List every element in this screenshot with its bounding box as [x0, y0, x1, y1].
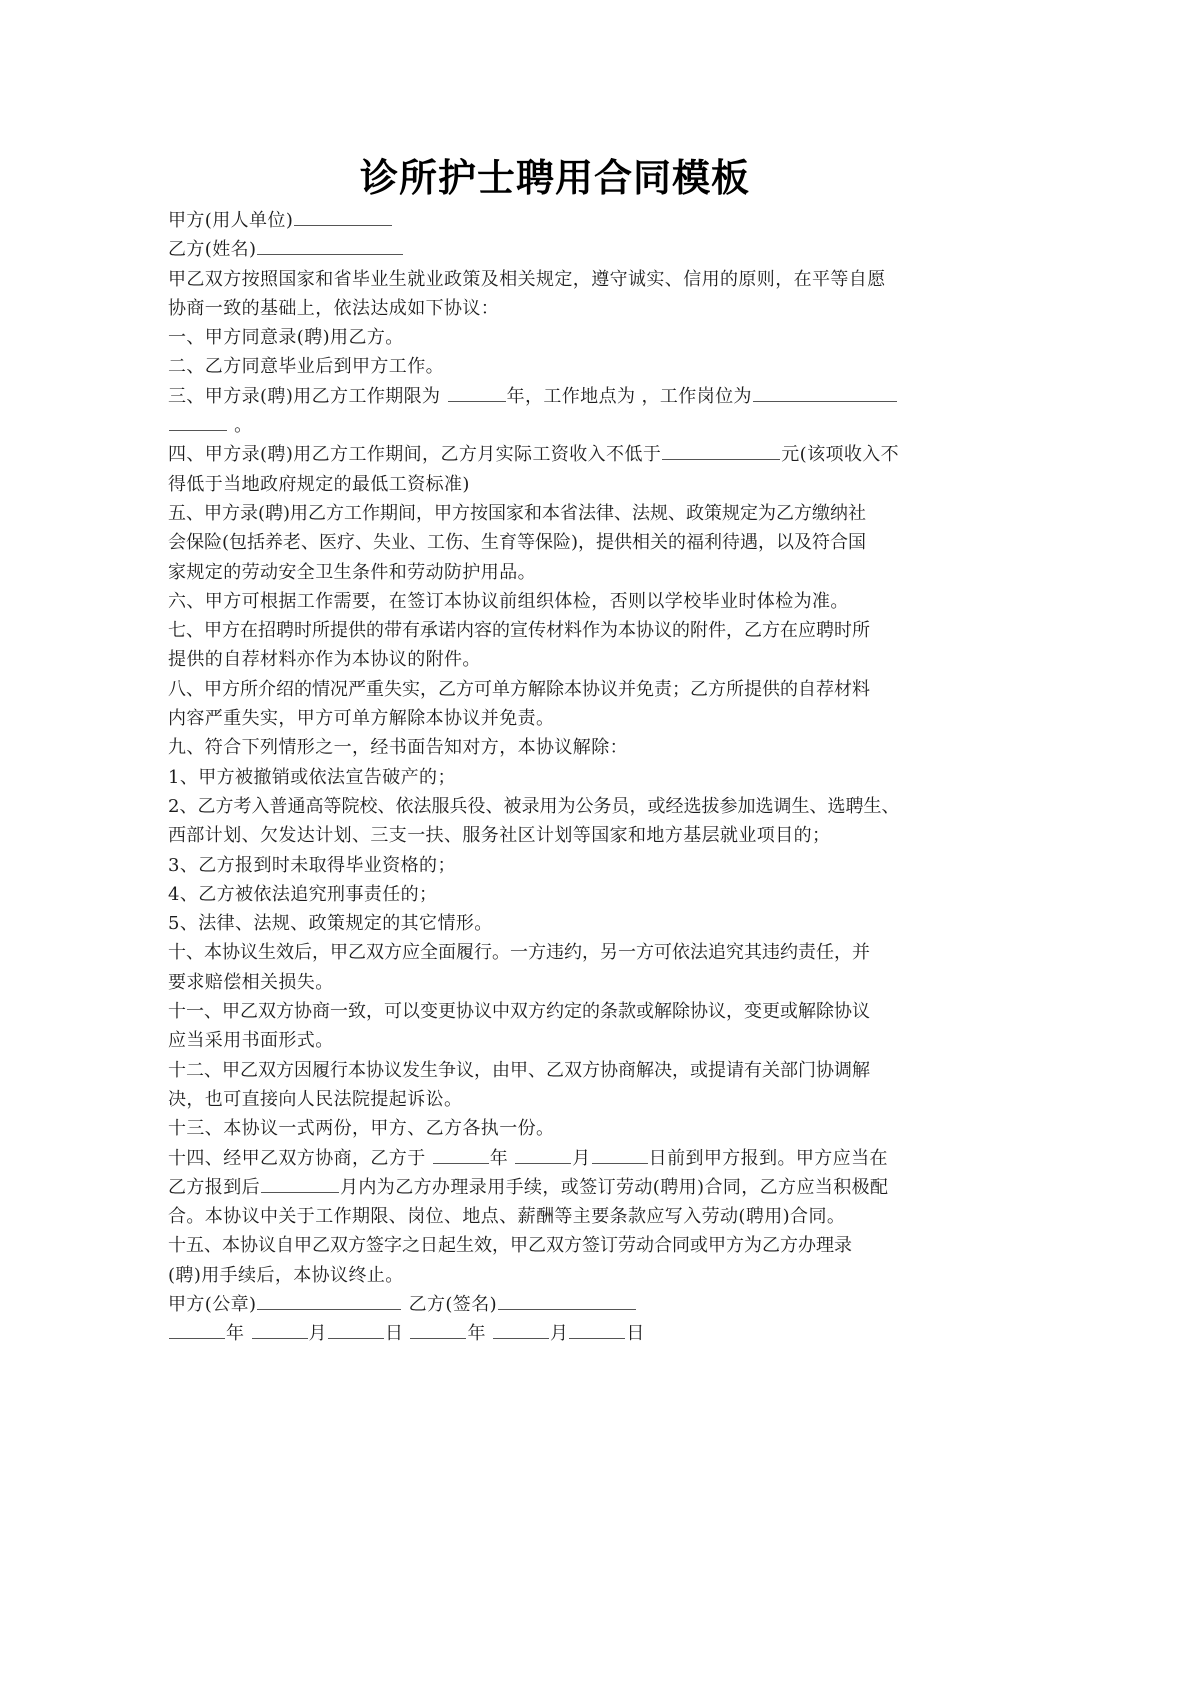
- party-b-sign-blank[interactable]: [498, 1291, 636, 1310]
- clause-7-line-2: 提供的自荐材料亦作为本协议的附件。: [168, 645, 946, 674]
- document-body: 甲方(用人单位) 乙方(姓名) 甲乙双方按照国家和省毕业生就业政策及相关规定，遵…: [168, 206, 946, 1349]
- clause-9: 九、符合下列情形之一，经书面告知对方，本协议解除：: [168, 733, 946, 762]
- clause-14-text-a: 十四、经甲乙双方协商，乙方于: [168, 1148, 432, 1169]
- clause-2: 二、乙方同意毕业后到甲方工作。: [168, 352, 946, 381]
- clause-1: 一、甲方同意录(聘)用乙方。: [168, 323, 946, 352]
- clause-12-line-2: 决，也可直接向人民法院提起诉讼。: [168, 1085, 946, 1114]
- months-blank[interactable]: [261, 1174, 339, 1193]
- month-label: 月: [572, 1148, 590, 1169]
- clause-13: 十三、本协议一式两份，甲方、乙方各执一份。: [168, 1114, 946, 1143]
- party-a-month-label: 月: [309, 1323, 327, 1344]
- clause-3-end: 。: [228, 415, 253, 436]
- party-a-day-blank[interactable]: [328, 1320, 384, 1339]
- clause-3-text-b: 年，工作地点为 ，工作岗位为: [507, 386, 752, 407]
- party-b-line: 乙方(姓名): [168, 235, 946, 264]
- clause-14-text-b: 日前到甲方报到。甲方应当在: [649, 1148, 888, 1169]
- party-a-month-blank[interactable]: [252, 1320, 308, 1339]
- clause-14-line-3: 合。本协议中关于工作期限、岗位、地点、薪酬等主要条款应写入劳动(聘用)合同。: [168, 1202, 946, 1231]
- clause-14-text-c: 乙方报到后: [168, 1177, 260, 1198]
- clause-15-line-1: 十五、本协议自甲乙双方签字之日起生效，甲乙双方签订劳动合同或甲方为乙方办理录: [168, 1231, 946, 1260]
- clause-10-line-2: 要求赔偿相关损失。: [168, 968, 946, 997]
- report-month-blank[interactable]: [515, 1145, 571, 1164]
- clause-9-item-2-line-2: 西部计划、欠发达计划、三支一扶、服务社区计划等国家和地方基层就业项目的；: [168, 821, 946, 850]
- year-label: 年: [490, 1148, 515, 1169]
- clause-4-text-b: 元(该项收入不: [781, 444, 899, 465]
- clause-3-line-1: 三、甲方录(聘)用乙方工作期限为 年，工作地点为 ，工作岗位为: [168, 382, 946, 411]
- clause-15-line-2: (聘)用手续后，本协议终止。: [168, 1261, 946, 1290]
- position-blank-cont[interactable]: [169, 412, 227, 431]
- salary-blank[interactable]: [662, 441, 780, 460]
- clause-9-item-4: 4、乙方被依法追究刑事责任的；: [168, 880, 946, 909]
- preamble-line-2: 协商一致的基础上，依法达成如下协议：: [168, 294, 946, 323]
- party-a-seal-blank[interactable]: [257, 1291, 401, 1310]
- clause-5-line-1: 五、甲方录(聘)用乙方工作期间，甲方按国家和本省法律、法规、政策规定为乙方缴纳社: [168, 499, 946, 528]
- clause-10-line-1: 十、本协议生效后，甲乙双方应全面履行。一方违约，另一方可依法追究其违约责任，并: [168, 938, 946, 967]
- clause-14-text-d: 月内为乙方办理录用手续，或签订劳动(聘用)合同，乙方应当积极配: [340, 1177, 888, 1198]
- party-a-blank[interactable]: [294, 207, 392, 226]
- report-day-blank[interactable]: [592, 1145, 648, 1164]
- clause-4-line-2: 得低于当地政府规定的最低工资标准): [168, 470, 946, 499]
- clause-14-line-1: 十四、经甲乙双方协商，乙方于 年 月日前到甲方报到。甲方应当在: [168, 1144, 946, 1173]
- clause-9-item-5: 5、法律、法规、政策规定的其它情形。: [168, 909, 946, 938]
- clause-7-line-1: 七、甲方在招聘时所提供的带有承诺内容的宣传材料作为本协议的附件，乙方在应聘时所: [168, 616, 946, 645]
- clause-8-line-2: 内容严重失实，甲方可单方解除本协议并免责。: [168, 704, 946, 733]
- signature-line: 甲方(公章) 乙方(签名): [168, 1290, 946, 1319]
- clause-3-line-2: 。: [168, 411, 946, 440]
- clause-9-item-2-line-1: 2、乙方考入普通高等院校、依法服兵役、被录用为公务员，或经选拔参加选调生、选聘生…: [168, 792, 946, 821]
- party-a-day-label: 日: [385, 1323, 410, 1344]
- clause-3-text-a: 三、甲方录(聘)用乙方工作期限为: [168, 386, 447, 407]
- clause-12-line-1: 十二、甲乙双方因履行本协议发生争议，由甲、乙双方协商解决，或提请有关部门协调解: [168, 1056, 946, 1085]
- clause-14-line-2: 乙方报到后月内为乙方办理录用手续，或签订劳动(聘用)合同，乙方应当积极配: [168, 1173, 946, 1202]
- party-a-seal-label: 甲方(公章): [168, 1294, 256, 1315]
- party-b-label: 乙方(姓名): [168, 239, 256, 260]
- clause-5-line-2: 会保险(包括养老、医疗、失业、工伤、生育等保险)，提供相关的福利待遇，以及符合国: [168, 528, 946, 557]
- party-b-year-label: 年: [467, 1323, 492, 1344]
- clause-11-line-2: 应当采用书面形式。: [168, 1026, 946, 1055]
- clause-5-line-3: 家规定的劳动安全卫生条件和劳动防护用品。: [168, 558, 946, 587]
- document-page: 诊所护士聘用合同模板 甲方(用人单位) 乙方(姓名) 甲乙双方按照国家和省毕业生…: [0, 0, 1190, 1683]
- position-blank[interactable]: [753, 383, 897, 402]
- party-a-year-blank[interactable]: [169, 1320, 225, 1339]
- party-b-year-blank[interactable]: [410, 1320, 466, 1339]
- party-a-line: 甲方(用人单位): [168, 206, 946, 235]
- report-year-blank[interactable]: [433, 1145, 489, 1164]
- clause-4-text-a: 四、甲方录(聘)用乙方工作期间，乙方月实际工资收入不低于: [168, 444, 661, 465]
- clause-9-item-3: 3、乙方报到时未取得毕业资格的；: [168, 851, 946, 880]
- party-b-day-label: 日: [626, 1323, 644, 1344]
- party-b-sign-label: 乙方(签名): [402, 1294, 497, 1315]
- party-a-year-label: 年: [226, 1323, 251, 1344]
- party-a-label: 甲方(用人单位): [168, 210, 293, 231]
- term-years-blank[interactable]: [448, 383, 506, 402]
- clause-9-item-1: 1、甲方被撤销或依法宣告破产的；: [168, 763, 946, 792]
- clause-6: 六、甲方可根据工作需要，在签订本协议前组织体检，否则以学校毕业时体检为准。: [168, 587, 946, 616]
- party-b-month-blank[interactable]: [493, 1320, 549, 1339]
- clause-11-line-1: 十一、甲乙双方协商一致，可以变更协议中双方约定的条款或解除协议，变更或解除协议: [168, 997, 946, 1026]
- party-b-blank[interactable]: [257, 236, 403, 255]
- document-title: 诊所护士聘用合同模板: [0, 150, 1110, 206]
- preamble-line-1: 甲乙双方按照国家和省毕业生就业政策及相关规定，遵守诚实、信用的原则，在平等自愿: [168, 265, 946, 294]
- party-b-day-blank[interactable]: [569, 1320, 625, 1339]
- party-b-month-label: 月: [550, 1323, 568, 1344]
- clause-8-line-1: 八、甲方所介绍的情况严重失实，乙方可单方解除本协议并免责；乙方所提供的自荐材料: [168, 675, 946, 704]
- date-line: 年 月日 年 月日: [168, 1319, 946, 1348]
- clause-4-line-1: 四、甲方录(聘)用乙方工作期间，乙方月实际工资收入不低于元(该项收入不: [168, 440, 946, 469]
